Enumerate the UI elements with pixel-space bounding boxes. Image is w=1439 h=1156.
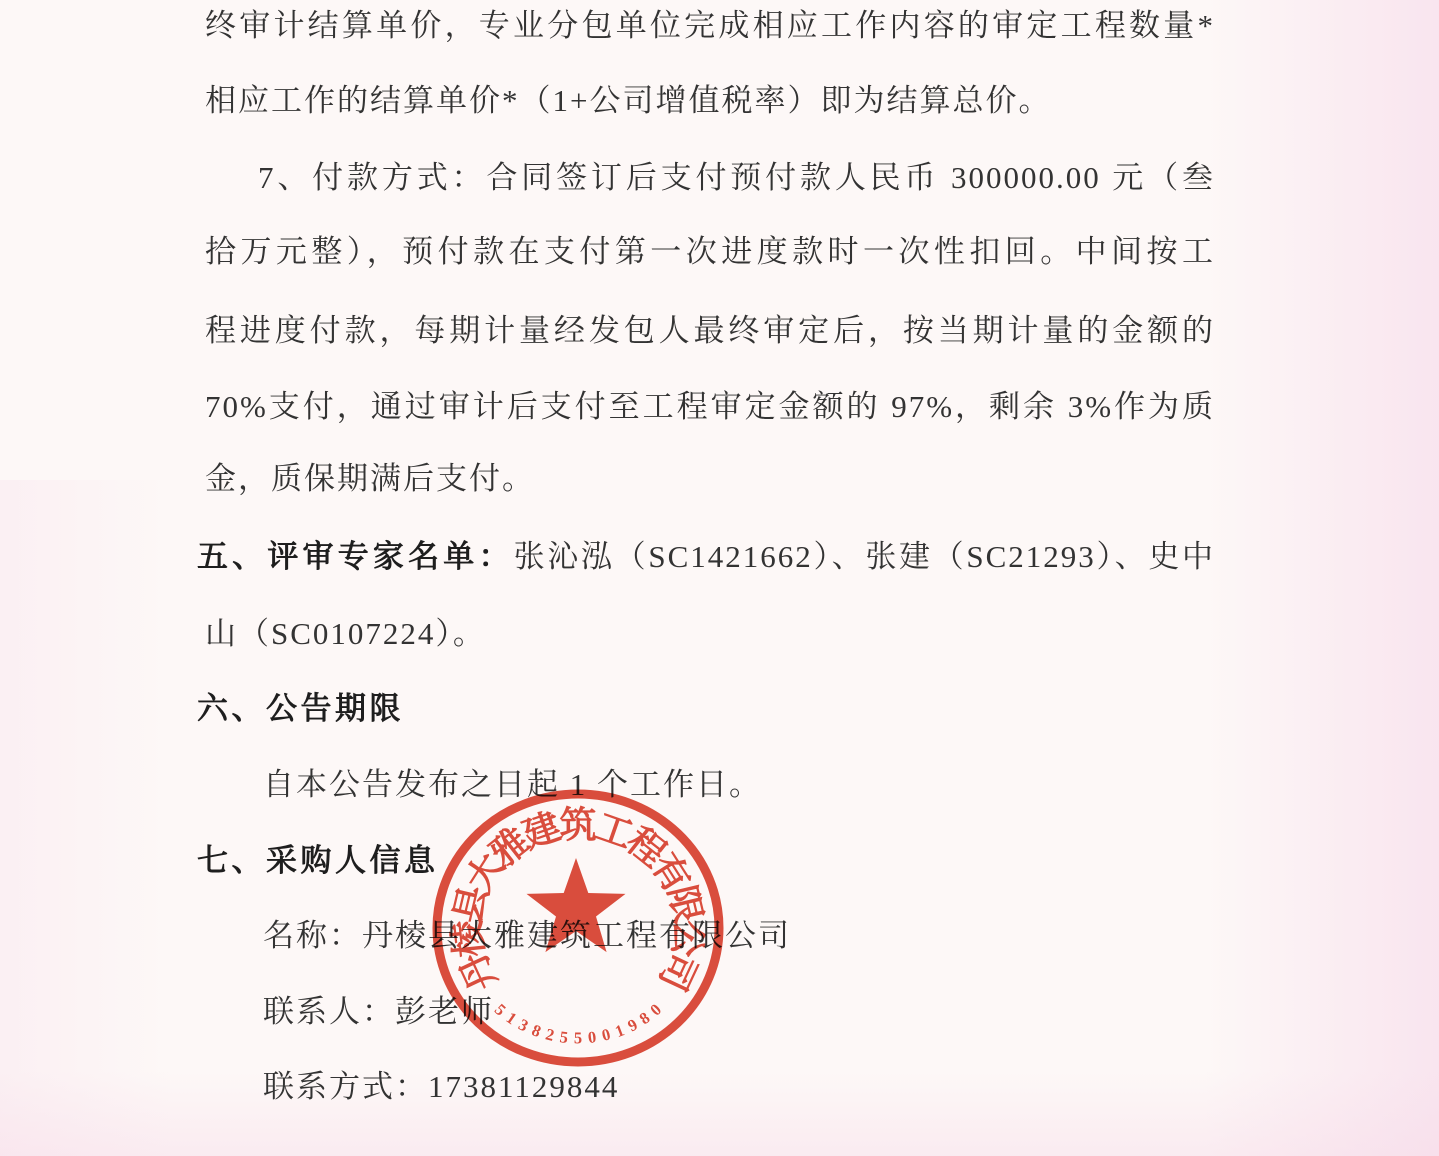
seal-glyph: 1 bbox=[612, 1020, 627, 1041]
scan-pink-tint-left bbox=[0, 480, 170, 1156]
doc-line-text: 7、付款方式：合同签订后支付预付款人民币 300000.00 元（叁 bbox=[258, 160, 1215, 195]
scan-pink-tint-bottom bbox=[0, 1071, 1439, 1156]
star-icon bbox=[527, 858, 626, 952]
doc-line: 山（SC0107224）。 bbox=[205, 613, 486, 657]
company-seal-stamp: 丹棱县大雅建筑工程有限公司 5138255001980 bbox=[428, 778, 728, 1078]
doc-line-text: 山（SC0107224）。 bbox=[205, 616, 486, 651]
heading-text: 七、采购人信息 bbox=[197, 843, 439, 878]
doc-line: 拾万元整），预付款在支付第一次进度款时一次性扣回。中间按工 bbox=[205, 231, 1215, 275]
doc-line-payment-terms: 7、付款方式：合同签订后支付预付款人民币 300000.00 元（叁 bbox=[258, 157, 1215, 201]
document-page: 终审计结算单价，专业分包单位完成相应工作内容的审定工程数量* 相应工作的结算单价… bbox=[0, 0, 1439, 1156]
seal-registration-code: 5138255001980 bbox=[491, 1000, 665, 1048]
seal-glyph: 5 bbox=[559, 1027, 570, 1047]
doc-line: 程进度付款，每期计量经发包人最终审定后，按当期计量的金额的 bbox=[205, 310, 1215, 354]
doc-line-text: 终审计结算单价，专业分包单位完成相应工作内容的审定工程数量* bbox=[205, 8, 1215, 43]
seal-glyph: 0 bbox=[587, 1027, 598, 1047]
section-heading-experts: 五、评审专家名单： bbox=[197, 539, 514, 574]
seal-glyph: 3 bbox=[515, 1015, 531, 1036]
doc-line: 相应工作的结算单价*（1+公司增值税率）即为结算总价。 bbox=[205, 80, 1051, 124]
doc-line-text: 拾万元整），预付款在支付第一次进度款时一次性扣回。中间按工 bbox=[205, 234, 1215, 269]
section-experts-list: 五、评审专家名单：张沁泓（SC1421662）、张建（SC21293）、史中 bbox=[197, 536, 1215, 580]
doc-line: 终审计结算单价，专业分包单位完成相应工作内容的审定工程数量* bbox=[205, 5, 1215, 49]
seal-glyph: 2 bbox=[544, 1024, 557, 1044]
doc-line-text: 相应工作的结算单价*（1+公司增值税率）即为结算总价。 bbox=[205, 83, 1051, 118]
heading-text: 六、公告期限 bbox=[197, 691, 404, 726]
experts-names: 张沁泓（SC1421662）、张建（SC21293）、史中 bbox=[514, 539, 1215, 574]
seal-glyph: 0 bbox=[646, 1000, 665, 1020]
seal-glyph: 5 bbox=[574, 1029, 582, 1048]
seal-glyph: 8 bbox=[529, 1020, 544, 1041]
doc-line-text: 程进度付款，每期计量经发包人最终审定后，按当期计量的金额的 bbox=[205, 313, 1215, 348]
doc-line-text: 金，质保期满后支付。 bbox=[205, 461, 535, 496]
section-heading-purchaser-info: 七、采购人信息 bbox=[197, 840, 439, 884]
scan-pink-tint-right bbox=[1204, 0, 1439, 1156]
seal-glyph: 0 bbox=[600, 1024, 613, 1044]
doc-line: 70%支付，通过审计后支付至工程审定金额的 97%，剩余 3%作为质保 bbox=[205, 386, 1215, 430]
doc-line: 金，质保期满后支付。 bbox=[205, 458, 535, 502]
doc-line-text: 70%支付，通过审计后支付至工程审定金额的 97%，剩余 3%作为质保 bbox=[205, 389, 1215, 430]
section-heading-announcement-period: 六、公告期限 bbox=[197, 688, 404, 732]
